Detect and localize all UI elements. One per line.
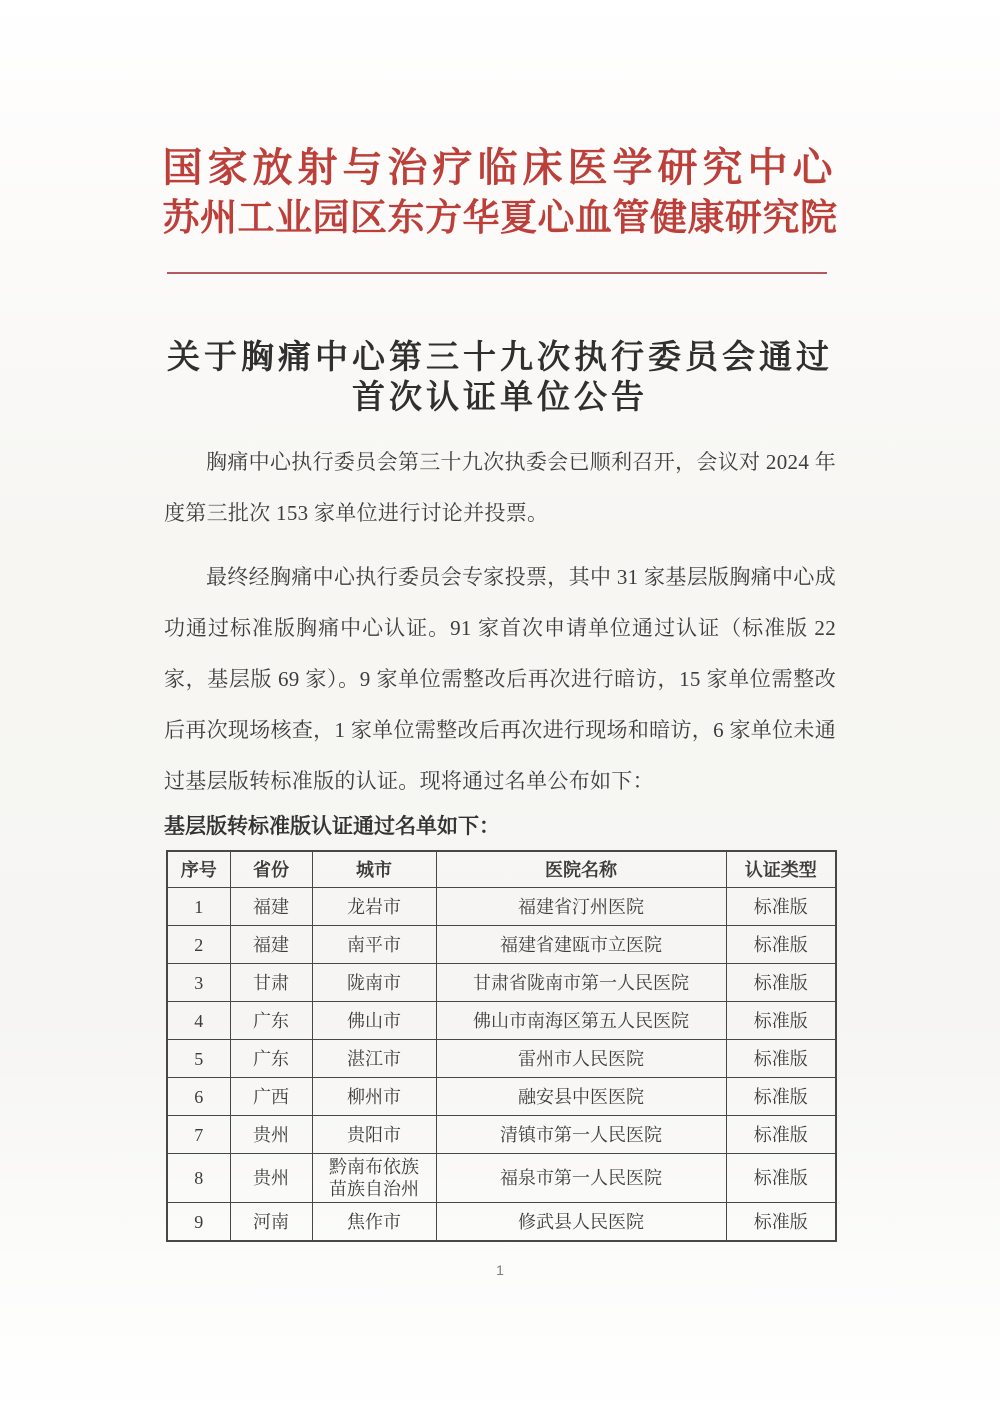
cell-province: 广东 <box>230 1040 312 1078</box>
cell-hospital: 福泉市第一人民医院 <box>436 1154 726 1203</box>
cell-cert-type: 标准版 <box>726 1078 836 1116</box>
cell-province: 福建 <box>230 888 312 926</box>
table-row: 7 贵州 贵阳市 清镇市第一人民医院 标准版 <box>167 1116 836 1154</box>
cell-city: 焦作市 <box>312 1203 436 1242</box>
col-header-province: 省份 <box>230 851 312 888</box>
cell-cert-type: 标准版 <box>726 888 836 926</box>
cell-cert-type: 标准版 <box>726 1203 836 1242</box>
document-title-line1: 关于胸痛中心第三十九次执行委员会通过 <box>150 338 850 378</box>
cell-province: 广西 <box>230 1078 312 1116</box>
cell-province: 福建 <box>230 926 312 964</box>
table-row: 9 河南 焦作市 修武县人民医院 标准版 <box>167 1203 836 1242</box>
table-row: 3 甘肃 陇南市 甘肃省陇南市第一人民医院 标准版 <box>167 964 836 1002</box>
cell-index: 9 <box>167 1203 230 1242</box>
cell-index: 4 <box>167 1002 230 1040</box>
cell-hospital: 融安县中医医院 <box>436 1078 726 1116</box>
cell-province: 贵州 <box>230 1116 312 1154</box>
cell-index: 1 <box>167 888 230 926</box>
cell-hospital: 福建省建瓯市立医院 <box>436 926 726 964</box>
cell-index: 2 <box>167 926 230 964</box>
table-row: 2 福建 南平市 福建省建瓯市立医院 标准版 <box>167 926 836 964</box>
col-header-hospital: 医院名称 <box>436 851 726 888</box>
cell-province: 甘肃 <box>230 964 312 1002</box>
table-row: 8 贵州 黔南布依族苗族自治州 福泉市第一人民医院 标准版 <box>167 1154 836 1203</box>
cell-city: 陇南市 <box>312 964 436 1002</box>
cell-index: 6 <box>167 1078 230 1116</box>
section-heading: 基层版转标准版认证通过名单如下： <box>164 812 500 840</box>
table-body: 1 福建 龙岩市 福建省汀州医院 标准版 2 福建 南平市 福建省建瓯市立医院 … <box>167 888 836 1242</box>
table-row: 6 广西 柳州市 融安县中医医院 标准版 <box>167 1078 836 1116</box>
col-header-city: 城市 <box>312 851 436 888</box>
table-row: 5 广东 湛江市 雷州市人民医院 标准版 <box>167 1040 836 1078</box>
cell-index: 7 <box>167 1116 230 1154</box>
cell-province: 河南 <box>230 1203 312 1242</box>
cell-cert-type: 标准版 <box>726 1116 836 1154</box>
cell-hospital: 佛山市南海区第五人民医院 <box>436 1002 726 1040</box>
cell-city: 佛山市 <box>312 1002 436 1040</box>
document-title: 关于胸痛中心第三十九次执行委员会通过 首次认证单位公告 <box>150 338 850 418</box>
cell-hospital: 甘肃省陇南市第一人民医院 <box>436 964 726 1002</box>
col-header-index: 序号 <box>167 851 230 888</box>
letterhead-line2: 苏州工业园区东方华夏心血管健康研究院 <box>160 196 840 242</box>
table-row: 1 福建 龙岩市 福建省汀州医院 标准版 <box>167 888 836 926</box>
cell-province: 广东 <box>230 1002 312 1040</box>
cell-index: 8 <box>167 1154 230 1203</box>
letterhead-line1: 国家放射与治疗临床医学研究中心 <box>160 144 840 192</box>
certified-hospitals-table: 序号 省份 城市 医院名称 认证类型 1 福建 龙岩市 福建省汀州医院 标准版 … <box>166 850 837 1242</box>
cell-city: 黔南布依族苗族自治州 <box>312 1154 436 1203</box>
page-number: 1 <box>0 1262 1000 1278</box>
cell-city: 柳州市 <box>312 1078 436 1116</box>
table-header-row: 序号 省份 城市 医院名称 认证类型 <box>167 851 836 888</box>
table-row: 4 广东 佛山市 佛山市南海区第五人民医院 标准版 <box>167 1002 836 1040</box>
document-page: 国家放射与治疗临床医学研究中心 苏州工业园区东方华夏心血管健康研究院 关于胸痛中… <box>0 0 1000 1415</box>
paragraph-vote-results: 最终经胸痛中心执行委员会专家投票，其中 31 家基层版胸痛中心成功通过标准版胸痛… <box>164 552 836 807</box>
cell-hospital: 雷州市人民医院 <box>436 1040 726 1078</box>
cell-city: 湛江市 <box>312 1040 436 1078</box>
cell-cert-type: 标准版 <box>726 964 836 1002</box>
cell-cert-type: 标准版 <box>726 926 836 964</box>
col-header-cert-type: 认证类型 <box>726 851 836 888</box>
cell-city: 南平市 <box>312 926 436 964</box>
cell-city: 贵阳市 <box>312 1116 436 1154</box>
cell-index: 5 <box>167 1040 230 1078</box>
document-title-line2: 首次认证单位公告 <box>150 378 850 418</box>
cell-hospital: 修武县人民医院 <box>436 1203 726 1242</box>
paragraph-meeting-summary: 胸痛中心执行委员会第三十九次执委会已顺利召开，会议对 2024 年度第三批次 1… <box>164 437 836 539</box>
cell-cert-type: 标准版 <box>726 1154 836 1203</box>
cell-index: 3 <box>167 964 230 1002</box>
letterhead: 国家放射与治疗临床医学研究中心 苏州工业园区东方华夏心血管健康研究院 <box>160 144 840 242</box>
cell-cert-type: 标准版 <box>726 1002 836 1040</box>
cell-province: 贵州 <box>230 1154 312 1203</box>
cell-cert-type: 标准版 <box>726 1040 836 1078</box>
letterhead-divider-rule <box>167 272 827 274</box>
cell-city: 龙岩市 <box>312 888 436 926</box>
cell-hospital: 福建省汀州医院 <box>436 888 726 926</box>
cell-hospital: 清镇市第一人民医院 <box>436 1116 726 1154</box>
